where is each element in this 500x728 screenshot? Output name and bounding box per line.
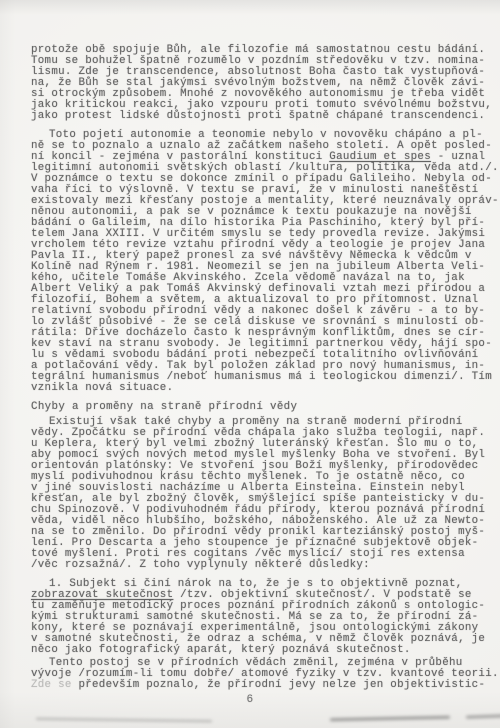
text-segment: především poznalo, že přírodní jevy nelz… bbox=[72, 679, 486, 691]
text-line: jako protest lidské důstojnosti proti šp… bbox=[31, 111, 493, 122]
text-line: Zde se především poznalo, že přírodní je… bbox=[31, 680, 493, 691]
text-line: Chyby a proměny na straně přírodní vědy bbox=[31, 402, 493, 413]
scanned-page: protože obě spojuje Bůh, ale filozofie m… bbox=[0, 0, 500, 728]
text-line: vznikla nová situace. bbox=[31, 383, 493, 394]
text-column: protože obě spojuje Bůh, ale filozofie m… bbox=[31, 45, 493, 691]
page-number: 6 bbox=[0, 694, 500, 706]
text-line: /věc rozsažná/. Z toho vyplynuly některé… bbox=[31, 560, 493, 571]
paragraph-2: Toto pojetí autonomie a teonomie nebylo … bbox=[31, 130, 493, 394]
scan-smudge-right bbox=[330, 716, 450, 722]
paragraph-4: 1. Subjekt si činí nárok na to, že je s … bbox=[31, 579, 493, 656]
paragraph-1: protože obě spojuje Bůh, ale filozofie m… bbox=[31, 45, 493, 122]
section-heading: Chyby a proměny na straně přírodní vědy bbox=[31, 402, 493, 413]
paragraph-3: Existují však také chyby a proměny na st… bbox=[31, 417, 493, 571]
scan-smudge-corner bbox=[466, 714, 500, 718]
text-segment: Zde se bbox=[31, 679, 72, 691]
text-line: něco jako fotografický aparát, který poz… bbox=[31, 645, 493, 656]
scan-smudge-left bbox=[36, 718, 212, 722]
paragraph-5: Tento postoj se v přírodních vědách změn… bbox=[31, 658, 493, 691]
